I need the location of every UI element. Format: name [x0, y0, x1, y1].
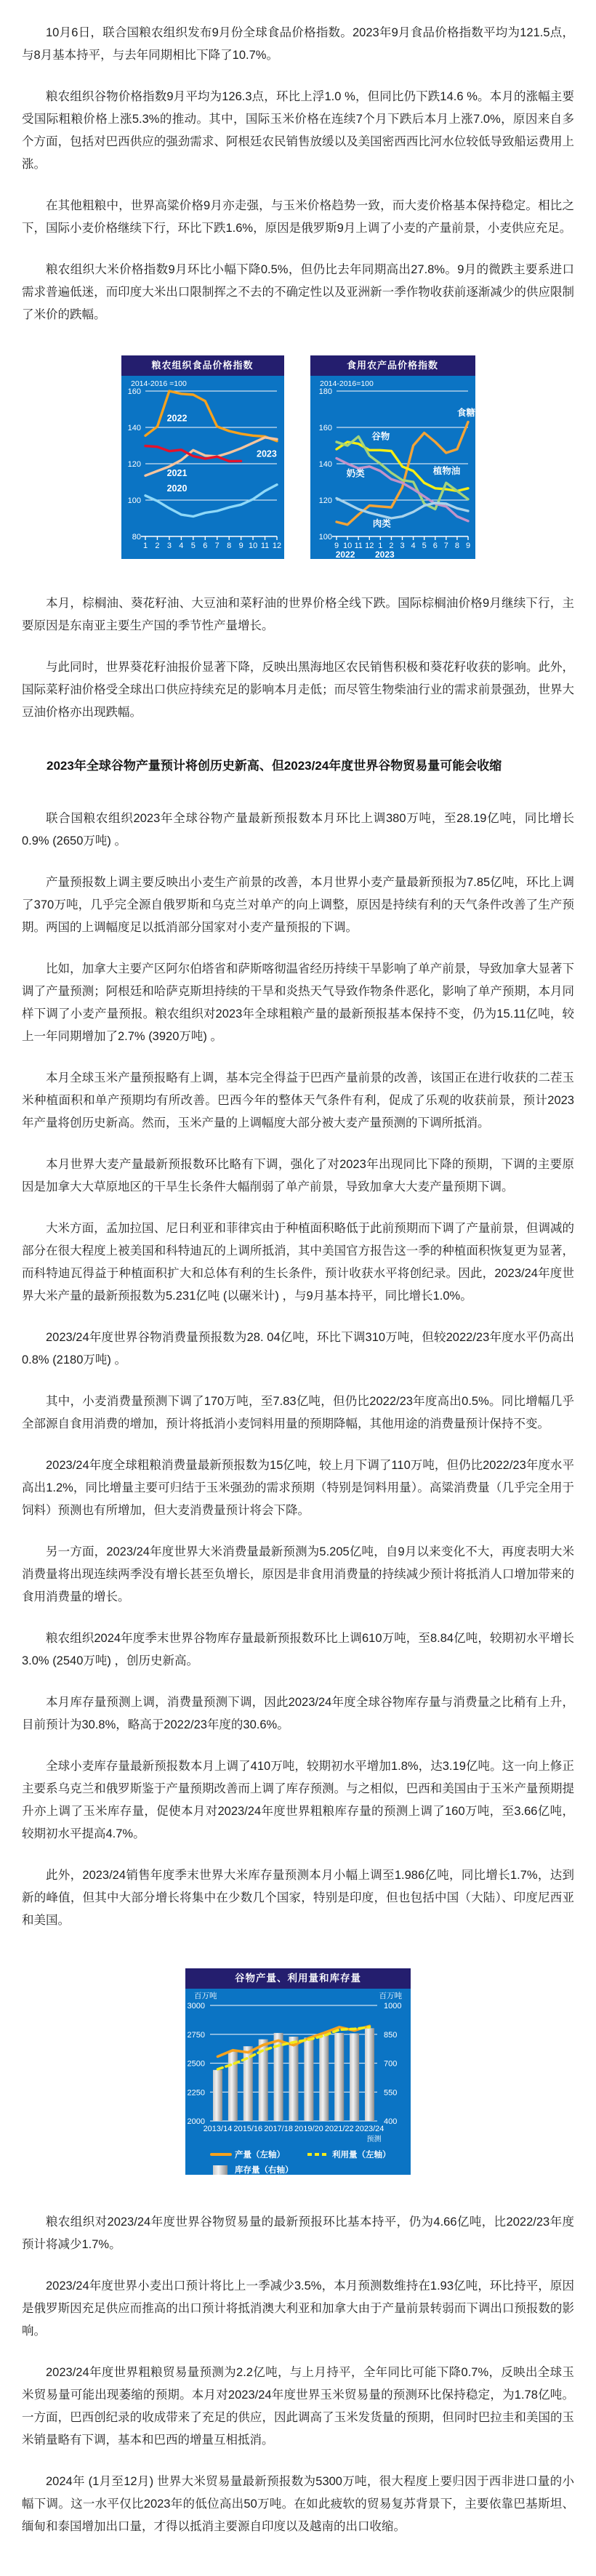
paragraph: 本月库存量预测上调，消费量预测下调，因此2023/24年度全球谷物库存量与消费量… — [22, 1691, 574, 1736]
article-body: 10月6日，联合国粮农组织发布9月份全球食品价格指数。2023年9月食品价格指数… — [0, 0, 596, 2576]
section-heading: 2023年全球谷物产量预计将创历史新高、但2023/24年度世界谷物贸易量可能会… — [22, 754, 574, 777]
paragraph: 粮农组织2024年度季末世界谷物库存量最新预报数环比上调610万吨，至8.84亿… — [22, 1627, 574, 1673]
paragraph: 2023/24年度世界小麦出口预计将比上一季减少3.5%，本月预测数维持在1.9… — [22, 2275, 574, 2343]
series-label-2021: 2021 — [166, 468, 187, 478]
x-tick-label: 4 — [179, 542, 183, 550]
paragraph: 2023/24年度世界粗粮贸易量预测为2.2亿吨，与上月持平，全年同比可能下降0… — [22, 2362, 574, 2452]
right-y-tick-label: 850 — [384, 2031, 397, 2040]
paragraph: 此外，2023/24销售年度季末世界大米库存量预测本月小幅上调至1.986亿吨，… — [22, 1864, 574, 1932]
right-y-tick-label: 700 — [384, 2060, 397, 2069]
x-tick-label: 12 — [365, 542, 374, 550]
stock-bar-2019/20 — [304, 2037, 313, 2121]
x-tick-label: 9 — [238, 542, 243, 550]
left-y-tick-label: 2250 — [188, 2088, 205, 2097]
x-tick-label: 2015/16 — [233, 2125, 262, 2133]
legend-label-utilization: 利用量（左轴） — [331, 2149, 391, 2160]
legend-swatch-stocks-bar — [213, 2165, 227, 2175]
x-tick-label: 2019/20 — [294, 2125, 323, 2133]
x-tick-label: 9 — [465, 542, 470, 550]
fao-food-price-index-chart-plot: 2014-2016 =10080100120140160123456789101… — [121, 376, 284, 559]
x-tick-label: 2017/18 — [264, 2125, 293, 2133]
right-axis-unit: 百万吨 — [379, 1991, 403, 2000]
series-label-2020: 2020 — [166, 483, 187, 494]
food-agri-product-price-index-chart-plot: 2014-2016=100100120140160180910111212345… — [310, 376, 475, 559]
paragraph: 粮农组织对2023/24年度世界谷物贸易量的最新预报环比基本持平，仍为4.66亿… — [22, 2211, 574, 2256]
food-agri-product-price-index-chart-body: 2014-2016=100100120140160180910111212345… — [310, 376, 475, 559]
left-y-tick-label: 3000 — [188, 2002, 205, 2011]
x-tick-label: 6 — [203, 542, 207, 550]
left-y-tick-label: 2000 — [188, 2117, 205, 2126]
series-label-2022: 2022 — [166, 413, 187, 423]
x-year-label: 2022 — [335, 550, 355, 559]
stock-bar-2021/22 — [334, 2033, 344, 2121]
series-label-2023: 2023 — [257, 449, 277, 459]
x-tick-label: 6 — [432, 542, 437, 550]
x-tick-label: 5 — [190, 542, 195, 550]
cereal-production-utilization-stocks-chart-plot: 百万吨百万吨2000400225055025007002750850300010… — [185, 1989, 411, 2175]
stock-bar-2020/21 — [319, 2034, 329, 2121]
series-label-肉类: 肉类 — [372, 518, 391, 528]
paragraph: 粮农组织大米价格指数9月环比小幅下降0.5%，但仍比去年同期高出27.8%。9月… — [22, 259, 574, 326]
legend-label-stocks: 库存量（右轴） — [235, 2165, 294, 2175]
series-label-植物油: 植物油 — [432, 465, 460, 476]
paragraph: 另一方面，2023/24年度世界大米消费量最新预测为5.205亿吨，自9月以来变… — [22, 1541, 574, 1609]
cereal-production-utilization-stocks-chart-title: 谷物产量、利用量和库存量 — [185, 1968, 411, 1989]
series-label-谷物: 谷物 — [371, 430, 390, 441]
right-y-tick-label: 400 — [384, 2117, 397, 2126]
price-index-charts-row: 粮农组织食品价格指数2014-2016 =1008010012014016012… — [22, 355, 574, 559]
paragraph: 本月世界大麦产量最新预报数环比略有下调，强化了对2023年出现同比下降的预期，下… — [22, 1154, 574, 1199]
y-tick-label: 160 — [127, 387, 140, 396]
y-tick-label: 180 — [318, 387, 331, 396]
x-tick-label: 11 — [260, 542, 268, 550]
series-label-奶类: 奶类 — [346, 468, 365, 479]
paragraph: 在其他粗粮中，世界高粱价格9月亦走强，与玉米价格趋势一致，而大麦价格基本保持稳定… — [22, 195, 574, 240]
paragraph: 2023/24年度世界谷物消费量预报数为28. 04亿吨，环比下调310万吨，但… — [22, 1327, 574, 1372]
fao-food-price-index-chart-body: 2014-2016 =10080100120140160123456789101… — [121, 376, 284, 559]
x-tick-label: 7 — [443, 542, 448, 550]
left-y-tick-label: 2500 — [188, 2060, 205, 2069]
x-tick-label: 4 — [411, 542, 415, 550]
x-year-label: 2023 — [375, 550, 395, 559]
paragraph: 产量预报数上调主要反映出小麦生产前景的改善，本月世界小麦产量最新预报为7.85亿… — [22, 872, 574, 939]
forecast-note: 预测 — [367, 2134, 382, 2144]
paragraph: 粮农组织谷物价格指数9月平均为126.3点，环比上浮1.0 %，但同比仍下跌14… — [22, 86, 574, 176]
paragraph: 本月，棕榈油、葵花籽油、大豆油和菜籽油的世界价格全线下跌。国际棕榈油价格9月继续… — [22, 592, 574, 637]
cereal-chart-wrap: 谷物产量、利用量和库存量百万吨百万吨2000400225055025007002… — [22, 1968, 574, 2175]
y-tick-label: 120 — [318, 496, 331, 505]
stock-bar-2013/14 — [213, 2070, 222, 2121]
paragraph: 大米方面，孟加拉国、尼日利亚和菲律宾由于种植面积略低于此前预期而下调了产量前景，… — [22, 1217, 574, 1308]
x-tick-label: 8 — [454, 542, 459, 550]
food-agri-product-price-index-chart-title: 食用农产品价格指数 — [310, 355, 475, 376]
paragraph: 其中，小麦消费量预测下调了170万吨，至7.83亿吨，但仍比2022/23年度高… — [22, 1390, 574, 1436]
x-tick-label: 2013/14 — [204, 2125, 233, 2133]
x-tick-label: 2023/24 — [355, 2125, 384, 2133]
y-tick-label: 100 — [318, 533, 331, 542]
y-tick-label: 100 — [127, 496, 140, 505]
right-y-tick-label: 550 — [384, 2088, 397, 2097]
series-line-2022 — [145, 391, 277, 441]
x-tick-label: 2021/22 — [325, 2125, 354, 2133]
y-tick-label: 80 — [132, 533, 140, 542]
legend-label-production: 产量（左轴） — [235, 2149, 285, 2160]
x-tick-label: 7 — [214, 542, 219, 550]
paragraph: 2023/24年度全球粗粮消费量最新预报数为15亿吨，较上月下调了110万吨，但… — [22, 1454, 574, 1522]
series-line-2020 — [145, 485, 277, 517]
series-label-食糖: 食糖 — [456, 407, 475, 418]
paragraph: 2024年 (1月至12月) 世界大米贸易量最新预报数为5300万吨，很大程度上… — [22, 2471, 574, 2538]
x-tick-label: 11 — [354, 542, 362, 550]
cereal-production-utilization-stocks-chart-body: 百万吨百万吨2000400225055025007002750850300010… — [185, 1989, 411, 2175]
y-tick-label: 140 — [318, 460, 331, 469]
x-tick-label: 8 — [227, 542, 231, 550]
x-tick-label: 3 — [166, 542, 171, 550]
left-y-tick-label: 2750 — [188, 2031, 205, 2040]
x-tick-label: 2 — [155, 542, 159, 550]
paragraph: 全球小麦库存量最新预报数本月上调了410万吨，较期初水平增加1.8%，达3.19… — [22, 1755, 574, 1846]
stock-bar-2023/24 — [365, 2028, 374, 2121]
paragraph: 联合国粮农组织2023年全球谷物产量最新预报数本月环比上调380万吨，至28.1… — [22, 808, 574, 853]
food-agri-product-price-index-chart: 食用农产品价格指数2014-2016=100100120140160180910… — [310, 355, 475, 559]
paragraph: 与此同时，世界葵花籽油报价显著下降，反映出黑海地区农民销售积极和葵花籽收获的影响… — [22, 656, 574, 724]
left-axis-unit: 百万吨 — [194, 1991, 217, 2000]
stock-bar-2018/19 — [289, 2037, 299, 2121]
cereal-production-utilization-stocks-chart: 谷物产量、利用量和库存量百万吨百万吨2000400225055025007002… — [185, 1968, 411, 2175]
x-tick-label: 1 — [142, 542, 147, 550]
right-y-tick-label: 1000 — [384, 2002, 401, 2011]
x-tick-label: 12 — [272, 542, 281, 550]
stock-bar-2022/23 — [350, 2033, 359, 2121]
paragraph: 本月全球玉米产量预报略有上调，基本完全得益于巴西产量前景的改善，该国正在进行收获… — [22, 1067, 574, 1135]
x-tick-label: 3 — [400, 542, 404, 550]
y-tick-label: 120 — [127, 460, 140, 469]
paragraph: 10月6日，联合国粮农组织发布9月份全球食品价格指数。2023年9月食品价格指数… — [22, 22, 574, 67]
y-tick-label: 160 — [318, 424, 331, 432]
x-tick-label: 10 — [248, 542, 257, 550]
fao-food-price-index-chart: 粮农组织食品价格指数2014-2016 =1008010012014016012… — [121, 355, 284, 559]
fao-food-price-index-chart-title: 粮农组织食品价格指数 — [121, 355, 284, 376]
x-tick-label: 5 — [422, 542, 426, 550]
y-tick-label: 140 — [127, 424, 140, 432]
paragraph: 比如，加拿大主要产区阿尔伯塔省和萨斯喀彻温省经历持续干旱影响了单产前景，导致加拿… — [22, 958, 574, 1048]
